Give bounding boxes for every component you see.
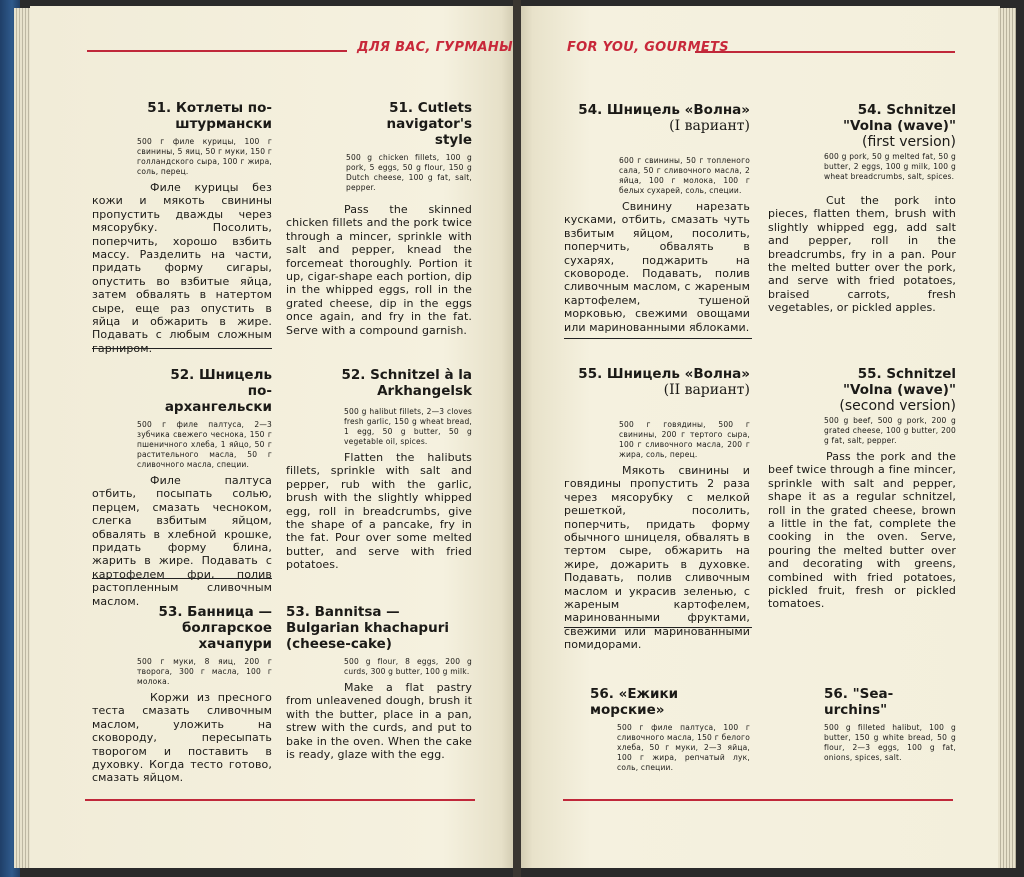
recipe-53-en: 53. Bannitsa — Bulgarian khachapuri (che… bbox=[286, 604, 472, 761]
recipe-text: Филе курицы без кожи и мякоть свинины пр… bbox=[92, 181, 272, 355]
recipe-title: 54. Schnitzel "Volna (wave)" bbox=[768, 102, 956, 134]
recipe-52-ru: 52. Шницель по-архангельски 500 г филе п… bbox=[92, 367, 272, 608]
recipe-title: 52. Schnitzel à la Arkhangelsk bbox=[286, 367, 472, 399]
recipe-ingredients: 500 g chicken fillets, 100 g pork, 5 egg… bbox=[346, 153, 472, 193]
recipe-divider bbox=[92, 348, 272, 349]
recipe-55-en: 55. Schnitzel "Volna (wave)" (second ver… bbox=[768, 366, 956, 611]
recipe-ingredients: 600 г свинины, 50 г топленого сала, 50 г… bbox=[619, 156, 750, 196]
recipe-title: 56. «Ежики морские» bbox=[590, 686, 750, 718]
recipe-subtitle: (second version) bbox=[768, 398, 956, 414]
recipe-title: 53. Банница — болгарское хачапури bbox=[92, 604, 272, 652]
recipe-subtitle: (first version) bbox=[768, 134, 956, 150]
recipe-ingredients: 500 г филе палтуса, 100 г сливочного мас… bbox=[617, 723, 750, 773]
recipe-51-en: 51. Cutlets navigator's style 500 g chic… bbox=[286, 100, 472, 337]
recipe-divider bbox=[564, 338, 752, 339]
recipe-56-en: 56. "Sea-urchins" 500 g filleted halibut… bbox=[824, 686, 956, 767]
left-running-head: ДЛЯ ВАС, ГУРМАНЫ bbox=[357, 40, 513, 55]
recipe-title: 51. Cutlets navigator's style bbox=[286, 100, 472, 148]
recipe-title: 55. Schnitzel "Volna (wave)" bbox=[768, 366, 956, 398]
left-header-rule bbox=[87, 50, 347, 52]
recipe-title: 52. Шницель по-архангельски bbox=[92, 367, 272, 415]
recipe-55-ru: 55. Шницель «Волна» (II вариант) 500 г г… bbox=[564, 366, 750, 652]
recipe-ingredients: 500 г филе палтуса, 2—3 зубчика свежего … bbox=[137, 420, 272, 470]
recipe-54-en: 54. Schnitzel "Volna (wave)" (first vers… bbox=[768, 102, 956, 315]
recipe-divider bbox=[92, 578, 272, 579]
recipe-divider bbox=[564, 627, 752, 628]
recipe-52-en: 52. Schnitzel à la Arkhangelsk 500 g hal… bbox=[286, 367, 472, 572]
recipe-ingredients: 500 g beef, 500 g pork, 200 g grated che… bbox=[824, 416, 956, 446]
book-gutter bbox=[513, 0, 521, 877]
recipe-text: Филе палтуса отбить, посыпать солью, пер… bbox=[92, 474, 272, 608]
recipe-title: 53. Bannitsa — Bulgarian khachapuri (che… bbox=[286, 604, 472, 652]
recipe-title: 51. Котлеты по-штурмански bbox=[92, 100, 272, 132]
recipe-text: Flatten the halibuts fillets, sprinkle w… bbox=[286, 451, 472, 572]
recipe-ingredients: 600 g pork, 50 g melted fat, 50 g butter… bbox=[824, 152, 956, 182]
recipe-title: 55. Шницель «Волна» bbox=[564, 366, 750, 382]
recipe-text: Коржи из пресного теста смазать сливочны… bbox=[92, 691, 272, 785]
recipe-text: Мякоть свинины и говядины пропустить 2 р… bbox=[564, 464, 750, 652]
recipe-text: Make a flat pastry from unleavened dough… bbox=[286, 681, 472, 761]
recipe-ingredients: 500 g halibut fillets, 2—3 cloves fresh … bbox=[344, 407, 472, 447]
recipe-54-ru: 54. Шницель «Волна» (I вариант) 600 г св… bbox=[564, 102, 750, 334]
recipe-title: 54. Шницель «Волна» bbox=[564, 102, 750, 118]
recipe-subtitle: (I вариант) bbox=[564, 118, 750, 134]
recipe-51-ru: 51. Котлеты по-штурмански 500 г филе кур… bbox=[92, 100, 272, 355]
page-stack-right bbox=[998, 8, 1016, 868]
recipe-53-ru: 53. Банница — болгарское хачапури 500 г … bbox=[92, 604, 272, 785]
recipe-text: Pass the skinned chicken fillets and the… bbox=[286, 203, 472, 337]
recipe-text: Свинину нарезать кусками, отбить, смазат… bbox=[564, 200, 750, 334]
recipe-subtitle: (II вариант) bbox=[564, 382, 750, 398]
recipe-text: Cut the pork into pieces, flatten them, … bbox=[768, 194, 956, 315]
recipe-title: 56. "Sea-urchins" bbox=[824, 686, 956, 718]
recipe-ingredients: 500 г филе курицы, 100 г свинины, 5 яиц,… bbox=[137, 137, 272, 177]
recipe-ingredients: 500 g filleted halibut, 100 g butter, 15… bbox=[824, 723, 956, 763]
right-footer-rule bbox=[563, 799, 953, 801]
recipe-56-ru: 56. «Ежики морские» 500 г филе палтуса, … bbox=[590, 686, 750, 777]
recipe-ingredients: 500 g flour, 8 eggs, 200 g curds, 300 g … bbox=[344, 657, 472, 677]
left-footer-rule bbox=[85, 799, 475, 801]
right-header-rule bbox=[695, 51, 955, 53]
recipe-text: Pass the pork and the beef twice through… bbox=[768, 450, 956, 611]
recipe-ingredients: 500 г говядины, 500 г свинины, 200 г тер… bbox=[619, 420, 750, 460]
recipe-ingredients: 500 г муки, 8 яиц, 200 г творога, 300 г … bbox=[137, 657, 272, 687]
